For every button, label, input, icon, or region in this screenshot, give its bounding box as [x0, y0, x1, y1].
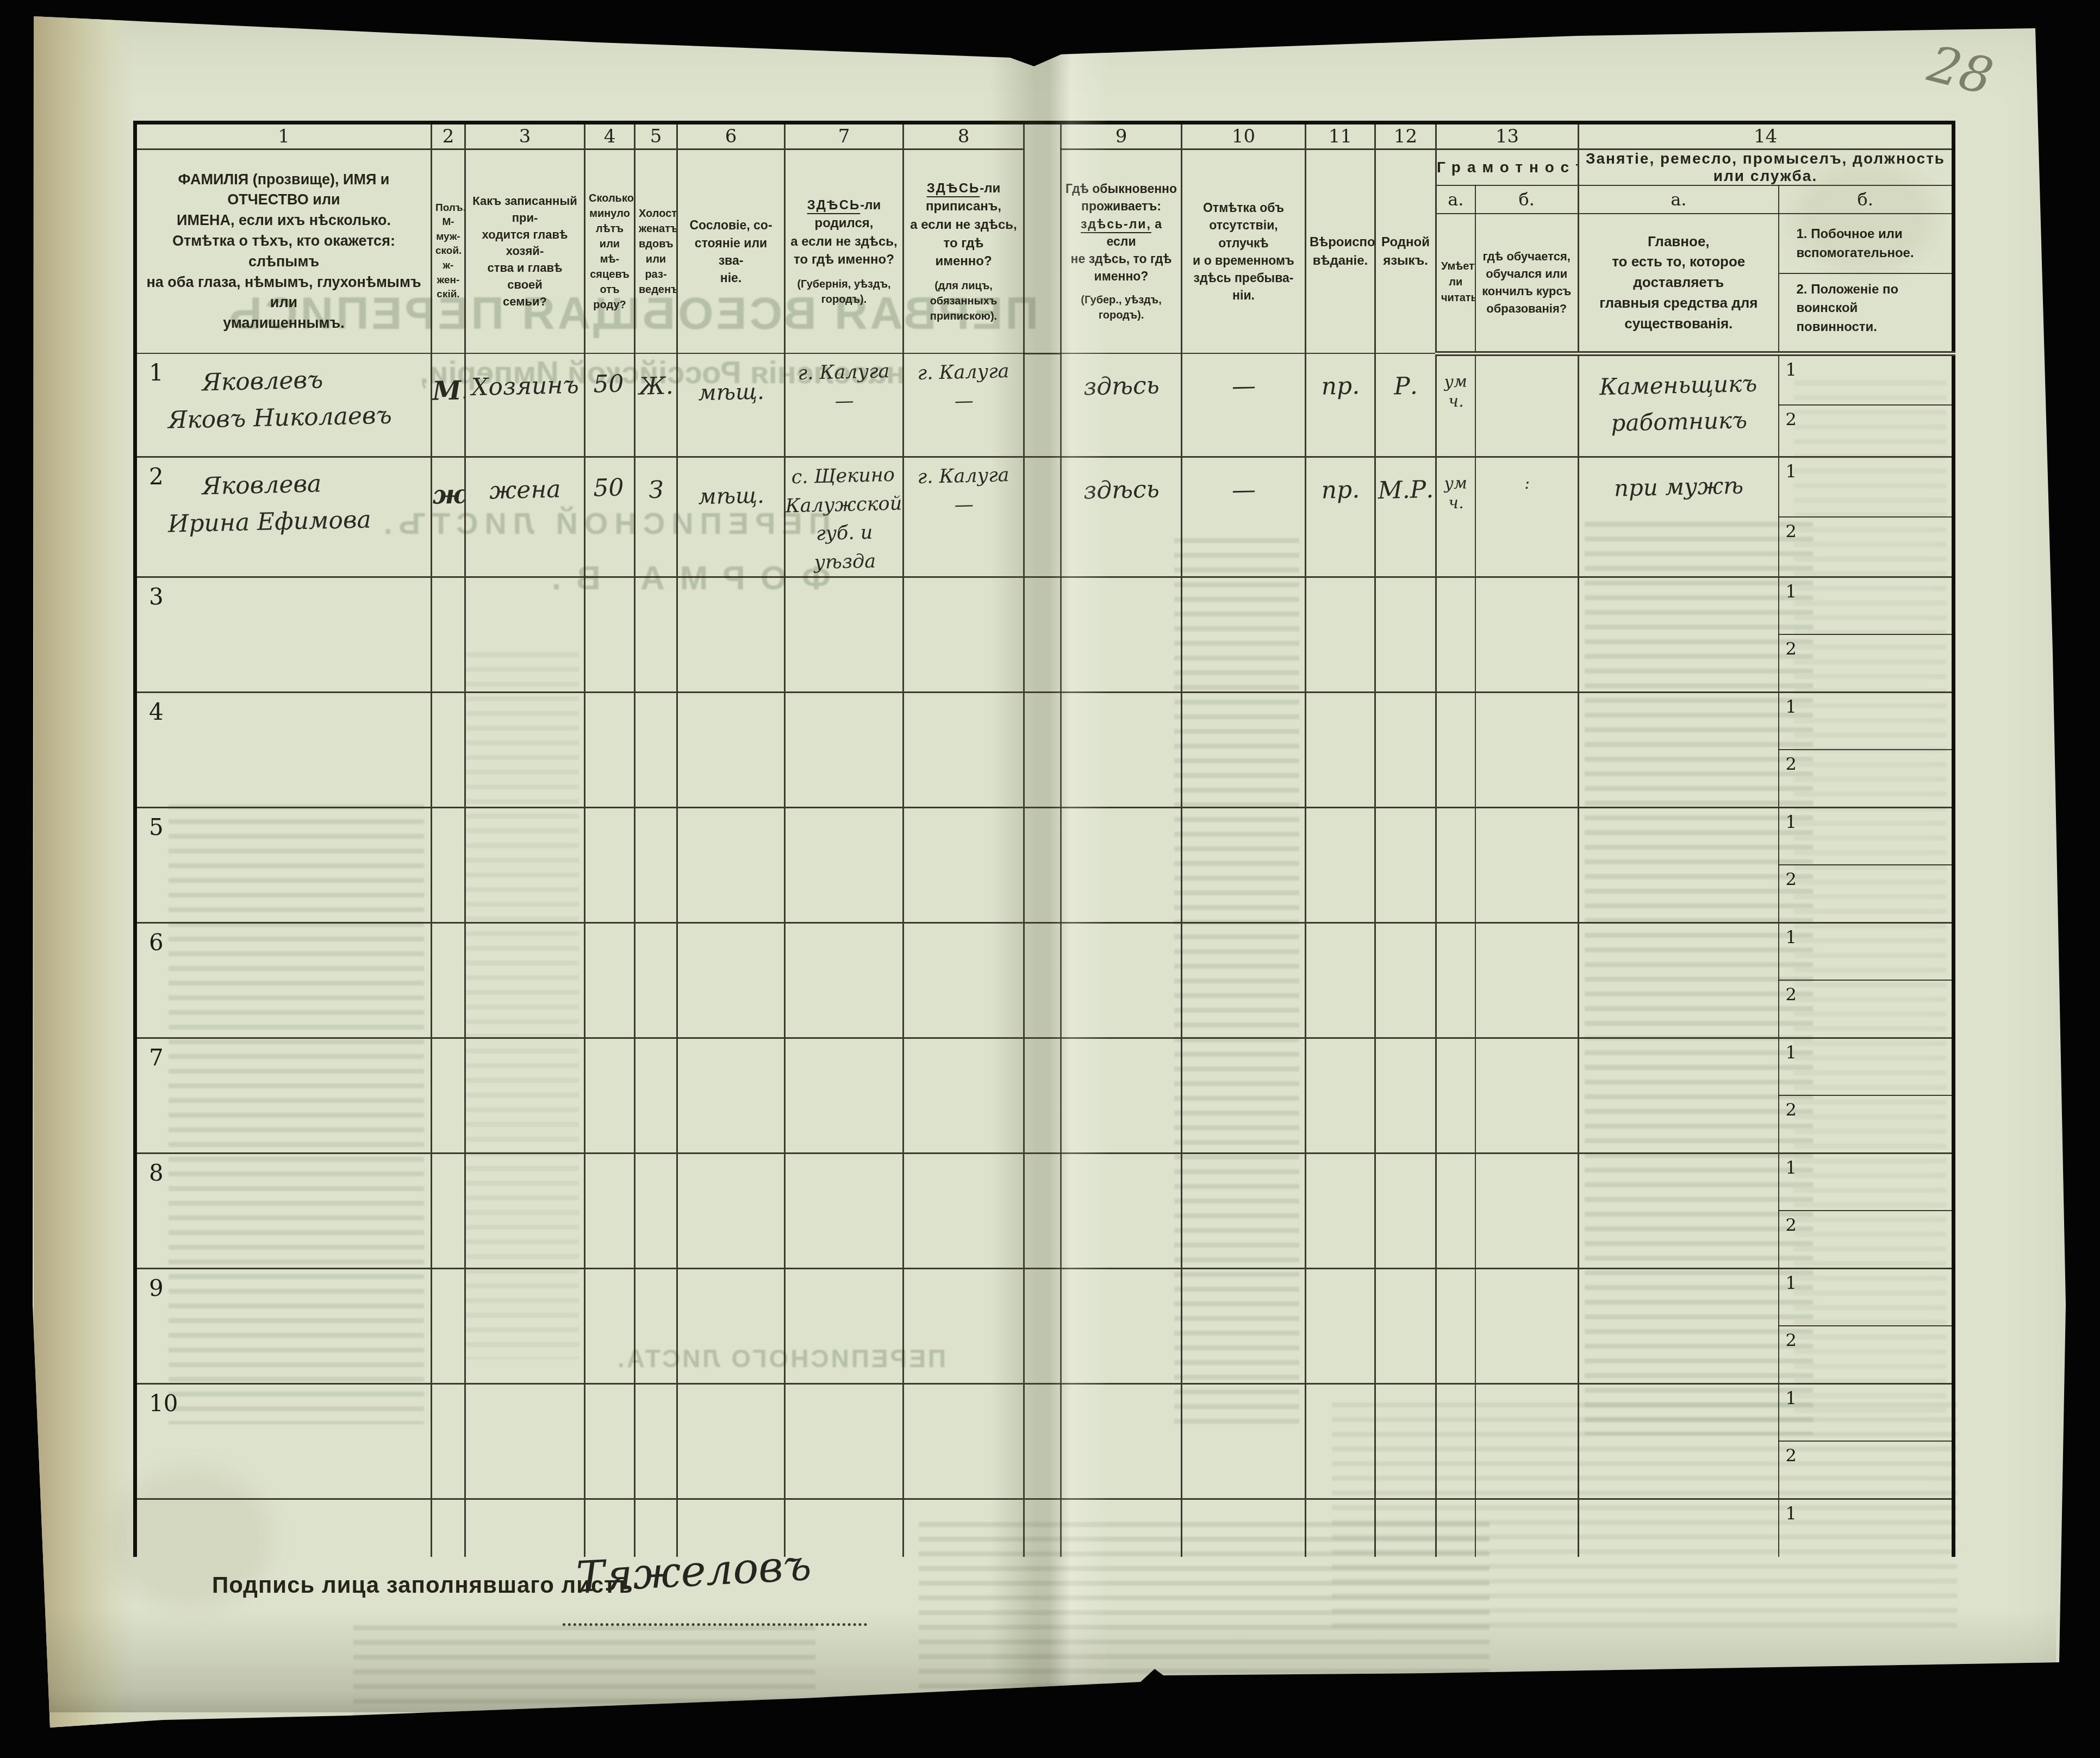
handwriting-literacy	[1437, 923, 1475, 940]
handwriting-education	[1475, 577, 1578, 595]
cell-age	[585, 1038, 635, 1153]
cell-marital	[635, 1383, 677, 1499]
handwriting-relation: Хозяинъ	[465, 353, 584, 401]
col-number-11: 11	[1306, 123, 1375, 149]
header-occupation-title: Занятіе, ремесло, промыселъ, должность и…	[1579, 149, 1954, 186]
handwriting-literacy: ум ч.	[1436, 457, 1475, 514]
cell-language	[1375, 1499, 1436, 1557]
header-language: Родной языкъ.	[1375, 149, 1436, 354]
col-number-10: 10	[1182, 123, 1306, 149]
cell-marital	[635, 1268, 677, 1383]
handwriting-absence: —	[1182, 457, 1305, 505]
cell-occupation	[1579, 1268, 1779, 1383]
handwriting-absence	[1182, 692, 1305, 713]
header-estate: Сословіе, со- стояніе или зва- ніе.	[677, 149, 785, 354]
cell-name: 10	[135, 1383, 432, 1499]
cell-age: 50	[585, 457, 635, 577]
handwriting-sex	[432, 577, 465, 600]
handwriting-language	[1376, 577, 1436, 597]
handwriting-birthplace: г. Калуга —	[785, 353, 903, 416]
cell-religion	[1306, 807, 1375, 922]
cell-religion	[1306, 1038, 1375, 1153]
handwriting-birthplace	[786, 1268, 902, 1275]
handwriting-religion	[1306, 1038, 1375, 1058]
cell-name: 7	[135, 1038, 432, 1153]
cell-age	[585, 1153, 635, 1268]
handwriting-age	[585, 1154, 634, 1171]
header-sex: Полъ. М-муж- ской. ж-жен- скій.	[432, 149, 465, 354]
handwriting-estate	[677, 1153, 784, 1181]
col-number-1: 1	[135, 123, 432, 149]
handwriting-literacy	[1437, 1154, 1475, 1171]
cell-name: 4	[135, 692, 432, 807]
handwriting-birthplace	[786, 1038, 902, 1044]
handwriting-occupation	[1579, 922, 1778, 937]
cell-estate	[677, 1153, 785, 1268]
col-number-3: 3	[465, 123, 585, 149]
cell-absence	[1182, 922, 1306, 1038]
handwriting-education	[1475, 1383, 1578, 1402]
handwriting-age	[585, 1038, 634, 1056]
cell-sex	[432, 1383, 465, 1499]
header-religion: Вѣроиспо- вѣданіе.	[1306, 149, 1375, 354]
cell-occupation: Каменьщикъ работникъ	[1579, 353, 1779, 457]
handwriting-name	[137, 577, 431, 590]
handwriting-marital	[635, 1269, 677, 1288]
cell-language	[1375, 1268, 1436, 1383]
cell-birthplace: с. Щекино Калужской губ. и уѣзда	[785, 457, 903, 577]
cell-marital: З	[635, 457, 677, 577]
cell-sex	[432, 1268, 465, 1383]
handwriting-religion	[1306, 1154, 1375, 1174]
cell-education	[1475, 692, 1579, 807]
cell-relation	[465, 577, 585, 692]
cell-absence	[1182, 1268, 1306, 1383]
handwriting-literacy	[1437, 1269, 1475, 1286]
cell-occupation	[1579, 577, 1779, 692]
cell-military-status: 2	[1779, 1441, 1954, 1499]
cell-absence	[1182, 1499, 1306, 1557]
cell-age	[585, 922, 635, 1038]
cell-estate	[677, 807, 785, 922]
cell-age	[585, 1499, 635, 1557]
handwriting-estate: мѣщ.	[677, 457, 784, 510]
handwriting-side-occupation	[1779, 692, 1952, 700]
handwriting-estate: мѣщ.	[677, 353, 784, 406]
cell-religion	[1306, 1268, 1375, 1383]
cell-literacy: ум ч.	[1436, 353, 1475, 457]
cell-relation	[465, 1268, 585, 1383]
handwriting-age	[585, 1269, 634, 1286]
bottom-edge-shadow	[34, 1609, 2056, 1712]
cell-religion: пр.	[1306, 353, 1375, 457]
handwriting-sex	[432, 1038, 465, 1061]
header-side-item1: 1. Побочное или вспомогательное.	[1779, 219, 1952, 274]
cell-age	[585, 807, 635, 922]
handwriting-side-occupation	[1779, 354, 1952, 363]
cell-marital	[635, 692, 677, 807]
cell-age	[585, 1383, 635, 1499]
handwriting-relation	[466, 807, 584, 828]
cell-religion	[1306, 577, 1375, 692]
handwriting-birthplace	[786, 922, 902, 929]
handwriting-occupation	[1579, 1383, 1778, 1398]
cell-sex: М.	[432, 353, 465, 457]
cell-relation: Хозяинъ	[465, 353, 585, 457]
cell-relation	[465, 1499, 585, 1557]
handwriting-education	[1475, 922, 1578, 941]
handwriting-age: 50	[585, 457, 634, 502]
handwriting-religion	[1306, 693, 1375, 713]
cell-literacy	[1436, 1153, 1475, 1268]
handwriting-religion	[1306, 1269, 1375, 1289]
handwriting-literacy	[1437, 693, 1475, 710]
handwriting-relation	[466, 1268, 584, 1289]
handwriting-relation	[466, 692, 584, 713]
handwriting-religion: пр.	[1306, 457, 1375, 505]
handwriting-side-occupation	[1779, 1268, 1952, 1276]
cell-military-status: 2	[1779, 634, 1954, 692]
handwriting-sex	[432, 1384, 465, 1406]
cell-literacy	[1436, 1499, 1475, 1557]
cell-language	[1375, 807, 1436, 922]
cell-side-occupation: 1	[1779, 457, 1954, 517]
handwriting-military-status	[1779, 1095, 1952, 1104]
handwriting-birthplace: с. Щекино Калужской губ. и уѣзда	[785, 457, 903, 577]
handwriting-name	[137, 922, 431, 936]
cell-literacy	[1436, 1268, 1475, 1383]
handwriting-name: Яковлева Ирина Ефимова	[136, 457, 431, 544]
header-can-read: Умѣетъ- ли читать?	[1436, 214, 1475, 353]
handwriting-military-status	[1779, 634, 1952, 643]
handwriting-religion	[1306, 808, 1375, 828]
handwriting-occupation	[1579, 1038, 1778, 1052]
cell-side-occupation: 1	[1779, 1499, 1954, 1557]
handwriting-marital	[635, 577, 677, 597]
header-literacy-title: Грамотность.	[1436, 149, 1579, 186]
cell-marital	[635, 1153, 677, 1268]
handwriting-language	[1376, 693, 1436, 712]
header-birthplace-line1: ЗДѢСЬ-ли родился,	[789, 196, 899, 233]
handwriting-name	[137, 1383, 431, 1397]
handwriting-birthplace	[786, 807, 902, 814]
handwriting-marital: З	[635, 457, 677, 504]
handwriting-name	[137, 1153, 431, 1166]
cell-birthplace	[785, 692, 903, 807]
handwriting-marital	[635, 1154, 677, 1173]
cell-military-status: 2	[1779, 865, 1954, 922]
cell-literacy: ум ч.	[1436, 457, 1475, 577]
handwriting-side-occupation	[1779, 1038, 1952, 1046]
header-education: гдѣ обучается, обучался или кончилъ курс…	[1475, 214, 1579, 353]
handwriting-religion	[1306, 1384, 1375, 1404]
cell-side-occupation: 1	[1779, 692, 1954, 750]
handwriting-estate	[677, 922, 784, 951]
handwriting-language	[1376, 923, 1436, 943]
handwriting-occupation: Каменьщикъ работникъ	[1579, 354, 1779, 442]
cell-marital	[635, 1038, 677, 1153]
handwriting-sex	[432, 1269, 465, 1291]
cell-absence	[1182, 577, 1306, 692]
handwriting-marital	[635, 923, 677, 943]
cell-relation	[465, 1153, 585, 1268]
handwriting-occupation	[1579, 1153, 1778, 1167]
handwriting-education	[1475, 807, 1578, 826]
subcell-label: 1	[1786, 1503, 1797, 1524]
cell-side-occupation: 1	[1779, 1383, 1954, 1441]
handwriting-marital: Ж.	[635, 354, 677, 401]
handwriting-sex	[432, 693, 465, 715]
cell-military-status: 2	[1779, 517, 1954, 577]
cell-birthplace	[785, 577, 903, 692]
census-sheet-page: ПЕРВАЯ ВСЕОБЩАЯ ПЕРЕПИСЬ населенія Россі…	[0, 0, 2100, 1758]
handwriting-estate	[677, 577, 784, 605]
cell-sex	[432, 1038, 465, 1153]
cell-military-status: 2	[1779, 980, 1954, 1038]
handwriting-religion	[1306, 577, 1375, 597]
header-relation: Какъ записанный при- ходится главѣ хозяй…	[465, 149, 585, 354]
cell-estate	[677, 577, 785, 692]
handwriting-birthplace	[786, 1383, 902, 1390]
handwriting-estate	[677, 1383, 784, 1412]
handwriting-age	[585, 693, 634, 710]
cell-name: 2 Яковлева Ирина Ефимова	[135, 457, 432, 577]
cell-sex	[432, 1153, 465, 1268]
col-number-5: 5	[635, 123, 677, 149]
handwriting-military-status	[1779, 1211, 1952, 1219]
cell-name: 1 Яковлевъ Яковъ Николаевъ	[135, 353, 432, 457]
cell-side-occupation: 1	[1779, 1268, 1954, 1326]
handwriting-education	[1475, 692, 1578, 710]
cell-language	[1375, 692, 1436, 807]
cell-language: М.Р.	[1375, 457, 1436, 577]
cell-relation	[465, 922, 585, 1038]
cell-birthplace	[785, 922, 903, 1038]
cell-absence	[1182, 692, 1306, 807]
cell-birthplace	[785, 1153, 903, 1268]
cell-side-occupation: 1	[1779, 807, 1954, 865]
header-marital: Холостъ, женатъ, вдовъ или раз- веденъ.	[635, 149, 677, 354]
handwriting-birthplace	[786, 692, 902, 699]
cell-religion	[1306, 1153, 1375, 1268]
cell-sex: ж	[432, 457, 465, 577]
handwriting-estate	[677, 807, 784, 836]
cell-education	[1475, 577, 1579, 692]
handwriting-occupation	[1579, 692, 1778, 706]
handwriting-military-status	[1779, 405, 1952, 413]
handwriting-birthplace	[786, 1153, 902, 1159]
header-name: ФАМИЛІЯ (прозвище), ИМЯ и ОТЧЕСТВО или И…	[135, 149, 432, 354]
handwriting-marital	[635, 693, 677, 712]
header-birthplace: ЗДѢСЬ-ли родился, а если не здѣсь, то гд…	[785, 149, 903, 354]
handwriting-relation	[466, 922, 584, 943]
handwriting-name	[137, 1038, 431, 1051]
handwriting-age	[585, 808, 634, 825]
handwriting-name	[137, 692, 431, 705]
cell-side-occupation: 1	[1779, 577, 1954, 634]
handwriting-absence	[1182, 1268, 1305, 1289]
cell-relation	[465, 692, 585, 807]
handwriting-marital	[635, 1038, 677, 1058]
handwriting-estate	[677, 1038, 784, 1066]
handwriting-military-status	[1779, 517, 1952, 525]
col-number-7: 7	[785, 123, 903, 149]
cell-occupation	[1579, 1038, 1779, 1153]
handwriting-sex: М.	[432, 354, 465, 407]
cell-occupation	[1579, 1153, 1779, 1268]
header-note: (Губернія, уѣздъ, городъ).	[789, 277, 899, 307]
handwriting-absence: —	[1182, 353, 1305, 402]
cell-education	[1475, 1038, 1579, 1153]
cell-literacy	[1436, 692, 1475, 807]
cell-religion	[1306, 692, 1375, 807]
handwriting-birthplace	[786, 577, 902, 583]
cell-side-occupation: 1	[1779, 1038, 1954, 1095]
cell-literacy	[1436, 922, 1475, 1038]
handwriting-military-status	[1779, 865, 1952, 873]
cell-relation	[465, 807, 585, 922]
cell-education	[1475, 1268, 1579, 1383]
cell-language	[1375, 577, 1436, 692]
cell-relation: жена	[465, 457, 585, 577]
handwriting-education	[1475, 1153, 1578, 1171]
cell-education	[1475, 1383, 1579, 1499]
cell-occupation	[1579, 1499, 1779, 1557]
cell-education	[1475, 922, 1579, 1038]
col-number-2: 2	[432, 123, 465, 149]
cell-marital	[635, 922, 677, 1038]
cell-name: 8	[135, 1153, 432, 1268]
handwriting-military-status	[1779, 750, 1952, 758]
col-number-13: 13	[1436, 123, 1579, 149]
cell-occupation	[1579, 922, 1779, 1038]
handwriting-military-status	[1779, 1441, 1952, 1449]
handwriting-religion	[1306, 923, 1375, 943]
handwriting-age	[585, 577, 634, 595]
cell-literacy	[1436, 1038, 1475, 1153]
cell-absence	[1182, 1153, 1306, 1268]
cell-literacy	[1436, 1383, 1475, 1499]
handwriting-occupation	[1579, 807, 1778, 821]
handwriting-name	[137, 1268, 431, 1281]
cell-age	[585, 692, 635, 807]
cell-language	[1375, 922, 1436, 1038]
handwriting-language: М.Р.	[1375, 457, 1436, 504]
handwriting-name: Яковлевъ Яковъ Николаевъ	[136, 353, 431, 440]
cell-side-occupation: 1	[1779, 922, 1954, 980]
cell-language: Р.	[1375, 353, 1436, 457]
header-side-occupation: 1. Побочное или вспомогательное. 2. Поло…	[1779, 214, 1954, 353]
cell-estate: мѣщ.	[677, 353, 785, 457]
handwriting-sex	[432, 808, 465, 830]
cell-education: :	[1475, 457, 1579, 577]
header-absence: Отмѣтка объ отсутствіи, отлучкѣ и о врем…	[1182, 149, 1306, 354]
cell-sex	[432, 1499, 465, 1557]
col-number-4: 4	[585, 123, 635, 149]
handwriting-marital	[635, 1384, 677, 1404]
header-letter-13b: б.	[1475, 185, 1579, 214]
page-number-pencil: 28	[1923, 34, 1998, 106]
cell-occupation: при мужѣ	[1579, 457, 1779, 577]
handwriting-age	[585, 923, 634, 940]
handwriting-side-occupation	[1779, 457, 1952, 465]
cell-birthplace: г. Калуга —	[785, 353, 903, 457]
handwriting-estate	[677, 692, 784, 720]
cell-estate	[677, 1383, 785, 1499]
handwriting-marital	[635, 808, 677, 827]
cell-military-status: 2	[1779, 1211, 1954, 1268]
handwriting-absence	[1182, 922, 1305, 943]
handwriting-language	[1376, 1384, 1436, 1404]
header-age: Сколько минуло лѣтъ или мѣ- сяцевъ отъ р…	[585, 149, 635, 354]
cell-occupation	[1579, 807, 1779, 922]
cell-name: 6	[135, 922, 432, 1038]
handwriting-absence	[1182, 1038, 1305, 1058]
handwriting-literacy	[1437, 1384, 1475, 1401]
handwriting-sex	[432, 1154, 465, 1176]
cell-name: 3	[135, 577, 432, 692]
cell-sex	[432, 577, 465, 692]
handwriting-absence	[1182, 577, 1305, 597]
cell-military-status: 2	[1779, 750, 1954, 807]
cell-military-status: 2	[1779, 405, 1954, 457]
cell-language	[1375, 1038, 1436, 1153]
handwriting-side-occupation	[1779, 1383, 1952, 1392]
handwriting-estate	[677, 1268, 784, 1296]
handwriting-name	[137, 807, 431, 820]
handwriting-literacy	[1437, 808, 1475, 825]
handwriting-absence	[1182, 807, 1305, 828]
cell-language	[1375, 1383, 1436, 1499]
handwriting-education: :	[1475, 457, 1578, 495]
col-number-12: 12	[1375, 123, 1436, 149]
cell-literacy	[1436, 577, 1475, 692]
cell-name: 9	[135, 1268, 432, 1383]
header-letter-13a: а.	[1436, 185, 1475, 214]
cell-language	[1375, 1153, 1436, 1268]
handwriting-occupation: при мужѣ	[1579, 457, 1778, 507]
cell-relation	[465, 1038, 585, 1153]
handwriting-language: Р.	[1375, 353, 1436, 401]
cell-marital	[635, 577, 677, 692]
handwriting-military-status	[1779, 1326, 1952, 1334]
handwriting-language	[1376, 1269, 1436, 1288]
cell-education	[1475, 1153, 1579, 1268]
handwriting-language	[1376, 1154, 1436, 1173]
cell-sex	[432, 692, 465, 807]
cell-literacy	[1436, 807, 1475, 922]
cell-estate: мѣщ.	[677, 457, 785, 577]
handwriting-language	[1376, 808, 1436, 827]
cell-religion	[1306, 1499, 1375, 1557]
handwriting-age: 50	[585, 353, 634, 398]
handwriting-language	[1376, 1038, 1436, 1058]
cell-education	[1475, 1499, 1579, 1557]
handwriting-relation	[466, 1383, 584, 1404]
binding-edge	[34, 0, 134, 1758]
cell-age	[585, 577, 635, 692]
handwriting-military-status	[1779, 980, 1952, 988]
cell-absence	[1182, 1038, 1306, 1153]
col-number-6: 6	[677, 123, 785, 149]
handwriting-occupation	[1579, 1268, 1778, 1282]
handwriting-side-occupation	[1779, 807, 1952, 815]
cell-military-status: 2	[1779, 1095, 1954, 1153]
cell-absence: —	[1182, 457, 1306, 577]
handwriting-religion: пр.	[1306, 353, 1375, 401]
handwriting-education	[1475, 355, 1578, 373]
cell-marital: Ж.	[635, 353, 677, 457]
